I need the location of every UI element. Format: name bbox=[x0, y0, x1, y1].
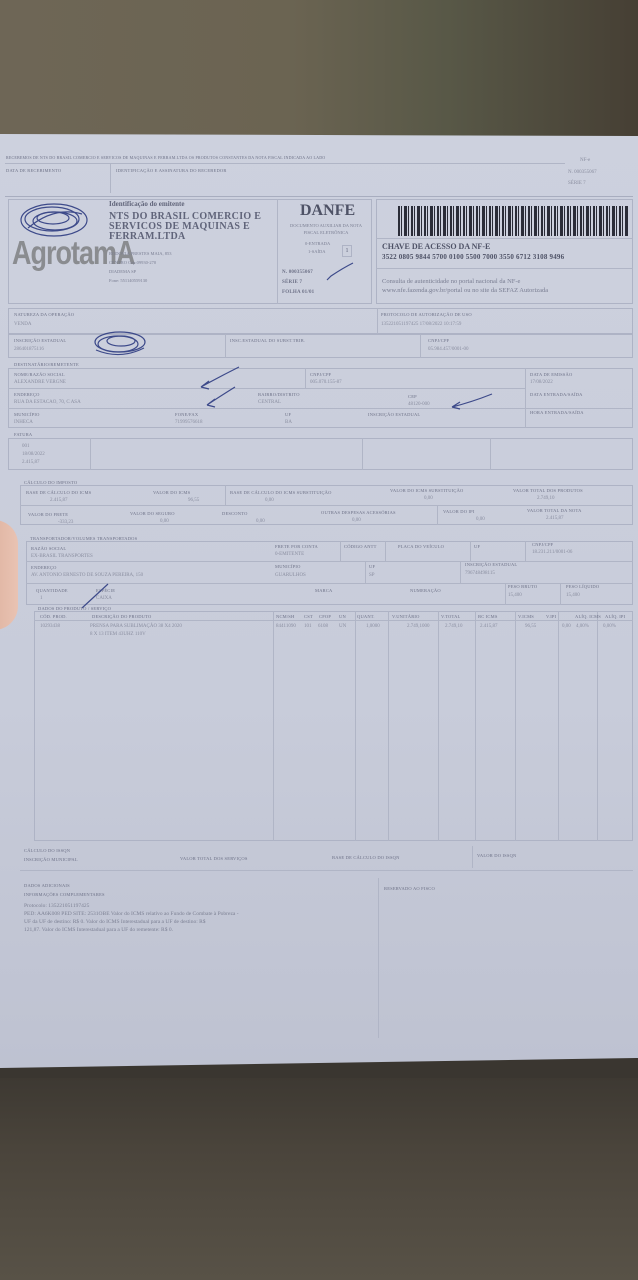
dest-bairro-label: BAIRRO/DISTRITO bbox=[258, 392, 300, 397]
transp-cnpj-value: 18.231.211/0001-06 bbox=[532, 550, 572, 555]
cell-quant: 1,0000 bbox=[366, 624, 380, 629]
transp-uf2-label: UF bbox=[369, 564, 375, 569]
tax-label: BASE DE CÁLCULO DO ICMS SUBSTITUIÇÃO bbox=[230, 490, 332, 495]
tax-label: BASE DE CÁLCULO DO ICMS bbox=[26, 490, 91, 495]
destinatario-section-label: DESTINATÁRIO/REMETENTE bbox=[14, 362, 79, 367]
emitente-cnpj-value: 05.984.457/0001-00 bbox=[428, 347, 469, 352]
danfe-folha: FOLHA 01/01 bbox=[282, 290, 314, 295]
tax-label: VALOR DO FRETE bbox=[28, 512, 68, 517]
tax-value: 0,00 bbox=[424, 496, 433, 501]
danfe-entrada: 0-ENTRADA bbox=[305, 240, 330, 247]
data-emissao-value: 17/08/2022 bbox=[530, 380, 553, 385]
ie-label: INSCRIÇÃO ESTADUAL bbox=[14, 338, 66, 343]
dest-bairro-value: CENTRAL bbox=[258, 400, 281, 405]
issqn-base-label: BASE DE CÁLCULO DO ISSQN bbox=[332, 855, 400, 860]
info-complementares-text: Protocolo: 135221051197425 PED: AA6K008 … bbox=[24, 902, 354, 934]
transp-peso-bruto-value: 15,400 bbox=[508, 593, 522, 598]
tax-value: 0,00 bbox=[352, 518, 361, 523]
chave-value[interactable]: 3522 0805 9844 5700 0100 5500 7000 3550 … bbox=[382, 253, 564, 261]
emitente-name: NTS DO BRASIL COMERCIO E SERVICOS DE MAQ… bbox=[109, 212, 269, 242]
danfe-serie: SÉRIE 7 bbox=[282, 280, 302, 285]
dest-cnpj-label: CNPJ/CPF bbox=[310, 372, 331, 377]
dest-fone-value: 71999576618 bbox=[175, 420, 203, 425]
tax-value: 0,00 bbox=[160, 519, 169, 524]
data-emissao-label: DATA DE EMISSÃO bbox=[530, 372, 572, 377]
identificacao-recebedor-label: IDENTIFICAÇÃO E ASSINATURA DO RECEBEDOR bbox=[116, 168, 227, 173]
dest-cep-label: CEP bbox=[408, 394, 417, 399]
transp-cnpj-label: CNPJ/CPF bbox=[532, 542, 553, 547]
canhoto-serie: SÉRIE 7 bbox=[568, 181, 586, 186]
tax-label: DESCONTO bbox=[222, 511, 248, 516]
hora-saida-label: HORA ENTRADA/SAÍDA bbox=[530, 410, 584, 415]
dest-nome-value: ALEXANDRE VERGNE bbox=[14, 380, 66, 385]
cell-cfop: 6108 bbox=[318, 624, 328, 629]
transp-numeracao-label: NUMERAÇÃO bbox=[410, 588, 441, 593]
adicionais-section-label: DADOS ADICIONAIS bbox=[24, 883, 70, 888]
dest-cep-value: 48120-000 bbox=[408, 402, 430, 407]
dest-uf-label: UF bbox=[285, 412, 291, 417]
cell-cod: 10293438 bbox=[40, 624, 60, 629]
pen-arrow-icon bbox=[195, 365, 241, 409]
data-saida-label: DATA ENTRADA/SAÍDA bbox=[530, 392, 583, 397]
fatura-valor: 2.415,87 bbox=[22, 460, 40, 465]
background-surface bbox=[0, 1060, 638, 1280]
tax-label: VALOR DO ICMS bbox=[153, 490, 190, 495]
transp-frete-value: 0-EMITENTE bbox=[275, 552, 304, 557]
col-header: V.ICMS bbox=[518, 614, 534, 619]
cell-ncm: 84411090 bbox=[276, 624, 296, 629]
cell-v-total: 2.749,10 bbox=[445, 624, 463, 629]
danfe-title: DANFE bbox=[300, 202, 355, 220]
issqn-section-label: CÁLCULO DO ISSQN bbox=[24, 848, 70, 853]
transp-municipio-label: MUNICÍPIO bbox=[275, 564, 301, 569]
transp-quantidade-value: 1 bbox=[40, 596, 43, 601]
tax-value: 0,00 bbox=[265, 498, 274, 503]
tax-label: OUTRAS DESPESAS ACESSÓRIAS bbox=[321, 510, 396, 515]
dest-ie-label: INSCRIÇÃO ESTADUAL bbox=[368, 412, 420, 417]
fatura-label: FATURA bbox=[14, 432, 32, 437]
transp-ie-value: 796748498115 bbox=[465, 571, 495, 576]
consulta-link[interactable]: www.nfe.fazenda.gov.br/portal ou no site… bbox=[382, 286, 548, 295]
danfe-numero: N. 000355067 bbox=[282, 270, 313, 275]
tax-value: -333,23 bbox=[58, 520, 73, 525]
tax-label: VALOR DO IPI bbox=[443, 509, 475, 514]
emitente-address: RODOVIA PRESTES MAIA, 853 bbox=[109, 250, 172, 257]
consulta-line-1: Consulta de autenticidade no portal naci… bbox=[382, 277, 520, 286]
transp-endereco-label: ENDEREÇO bbox=[31, 565, 57, 570]
cell-descricao-2: 8 X 13 ITEM 43UHZ 110V bbox=[90, 632, 146, 637]
transp-razao-label: RAZÃO SOCIAL bbox=[31, 546, 66, 551]
cell-bc-icms: 2.415,87 bbox=[480, 624, 498, 629]
col-header: ALÍQ. IPI bbox=[605, 614, 625, 619]
cell-v-ipi: 0,00 bbox=[562, 624, 571, 629]
dest-endereco-value: RUA DA ESTACAO, 70, C ASA bbox=[14, 400, 81, 405]
natureza-label: NATUREZA DA OPERAÇÃO bbox=[14, 312, 74, 317]
barcode bbox=[398, 206, 628, 236]
fatura-vencimento: 18/08/2022 bbox=[22, 452, 45, 457]
col-header: CÓD. PROD. bbox=[40, 614, 67, 619]
col-header: BC ICMS bbox=[478, 614, 498, 619]
col-header: CFOP bbox=[319, 614, 331, 619]
thumb bbox=[0, 520, 18, 630]
protocolo-label: PROTOCOLO DE AUTORIZAÇÃO DE USO bbox=[381, 312, 472, 317]
cell-un: UN bbox=[339, 624, 346, 629]
transp-ie-label: INSCRIÇÃO ESTADUAL bbox=[465, 562, 517, 567]
fatura-num: 001 bbox=[22, 444, 30, 449]
transp-quantidade-label: QUANTIDADE bbox=[36, 588, 68, 593]
transp-municipio-value: GUARULHOS bbox=[275, 573, 306, 578]
issqn-servicos-label: VALOR TOTAL DOS SERVIÇOS bbox=[180, 856, 248, 861]
protocolo-value: 135221051197425 17/08/2022 10:17:59 bbox=[381, 322, 461, 327]
data-recebimento-label: DATA DE RECEBIMENTO bbox=[6, 168, 61, 173]
col-header: V.IPI bbox=[546, 614, 556, 619]
chave-title: CHAVE DE ACESSO DA NF-E bbox=[382, 242, 490, 251]
cell-aliq-icms: 4,00% bbox=[576, 624, 589, 629]
cell-v-unit: 2.749,1000 bbox=[407, 624, 430, 629]
canhoto-header: RECEBEMOS DE NTS DO BRASIL COMERCIO E SE… bbox=[6, 155, 325, 160]
danfe-saida: 1-SAÍDA bbox=[308, 248, 326, 255]
col-header: CST bbox=[304, 614, 313, 619]
emitente-city: DIADEMA SP bbox=[109, 268, 136, 275]
issqn-im-label: INSCRIÇÃO MUNICIPAL bbox=[24, 857, 78, 862]
emitente-section-label: Identificação do emitente bbox=[109, 200, 184, 208]
transp-peso-liquido-label: PESO LÍQUIDO bbox=[566, 584, 599, 589]
emitente-phone: Fone: 551140559130 bbox=[109, 277, 147, 284]
produtos-table bbox=[34, 611, 633, 841]
col-header: V.UNITÁRIO bbox=[392, 614, 420, 619]
tax-value: 0,00 bbox=[256, 519, 265, 524]
transp-frete-label: FRETE POR CONTA bbox=[275, 544, 318, 549]
dest-cnpj-value: 005.070.155-87 bbox=[310, 380, 342, 385]
tax-label: VALOR DO ICMS SUBSTITUIÇÃO bbox=[390, 488, 464, 493]
dest-endereco-label: ENDEREÇO bbox=[14, 392, 40, 397]
cell-aliq-ipi: 0,00% bbox=[603, 624, 616, 629]
ie-st-label: INSC.ESTADUAL DO SUBST.TRIB. bbox=[230, 338, 305, 343]
reservado-fisco-label: RESERVADO AO FISCO bbox=[384, 886, 435, 891]
tax-value: 2.415,87 bbox=[50, 498, 68, 503]
cell-cst: 101 bbox=[304, 624, 312, 629]
dest-municipio-label: MUNICÍPIO bbox=[14, 412, 40, 417]
canhoto-numero: N. 000355067 bbox=[568, 170, 597, 175]
transp-placa-label: PLACA DO VEÍCULO bbox=[398, 544, 444, 549]
col-header: DESCRIÇÃO DO PRODUTO bbox=[92, 614, 151, 619]
col-header: NCM/SH bbox=[276, 614, 294, 619]
ie-value: 286401875116 bbox=[14, 347, 44, 352]
cell-v-icms: 96,55 bbox=[525, 624, 536, 629]
col-header: UN bbox=[339, 614, 346, 619]
transp-marca-label: MARCA bbox=[315, 588, 333, 593]
transp-razao-value: EX-BRASIL TRANSPORTES bbox=[31, 554, 93, 559]
info-complementares-label: INFORMAÇÕES COMPLEMENTARES bbox=[24, 892, 105, 897]
transp-antt-label: CÓDIGO ANTT bbox=[344, 544, 377, 549]
pen-check-mark-icon bbox=[325, 262, 355, 282]
danfe-subtitle: DOCUMENTO AUXILIAR DA NOTA FISCAL ELETRÔ… bbox=[282, 222, 370, 236]
dest-uf-value: BA bbox=[285, 420, 292, 425]
cell-descricao: PRENSA PARA SUBLIMAÇÃO 38 X4 2020 bbox=[90, 624, 182, 629]
destinatario-box bbox=[8, 368, 633, 428]
emitente-cnpj-label: CNPJ/CPF bbox=[428, 338, 449, 343]
col-header: QUANT. bbox=[357, 614, 375, 619]
transp-uf2-value: SP bbox=[369, 573, 375, 578]
tax-value: 96,55 bbox=[188, 498, 199, 503]
dest-nome-label: NOME/RAZÃO SOCIAL bbox=[14, 372, 65, 377]
natureza-value: VENDA bbox=[14, 322, 32, 327]
tax-value: 2.415,87 bbox=[546, 516, 564, 521]
transp-peso-liquido-value: 15,400 bbox=[566, 593, 580, 598]
dest-municipio-value: INHECA bbox=[14, 420, 33, 425]
transp-peso-bruto-label: PESO BRUTO bbox=[508, 584, 537, 589]
tax-value: 2.749,10 bbox=[537, 496, 555, 501]
tax-label: VALOR DO SEGURO bbox=[130, 511, 175, 516]
issqn-valor-label: VALOR DO ISSQN bbox=[477, 853, 516, 858]
pen-arrow-icon bbox=[448, 392, 494, 410]
canhoto-nfe-label: NF-e bbox=[580, 158, 590, 163]
col-header: V.TOTAL bbox=[441, 614, 461, 619]
transp-uf-label: UF bbox=[474, 544, 480, 549]
tax-label: VALOR TOTAL DA NOTA bbox=[527, 508, 582, 513]
transp-endereco-value: AV. ANTONIO ERNESTO DE SOUZA PEREIRA, 15… bbox=[31, 573, 143, 578]
dest-fone-label: FONE/FAX bbox=[175, 412, 198, 417]
col-header: ALÍQ. ICMS bbox=[575, 614, 601, 619]
emitente-bairro-cep: CENTRO Cep:09930-270 bbox=[109, 259, 156, 266]
tax-label: VALOR TOTAL DOS PRODUTOS bbox=[513, 488, 583, 493]
tax-value: 0,00 bbox=[476, 517, 485, 522]
pen-scribble-icon bbox=[92, 326, 148, 364]
fatura-box bbox=[8, 438, 633, 470]
danfe-tipo-box: 1 bbox=[342, 245, 352, 257]
